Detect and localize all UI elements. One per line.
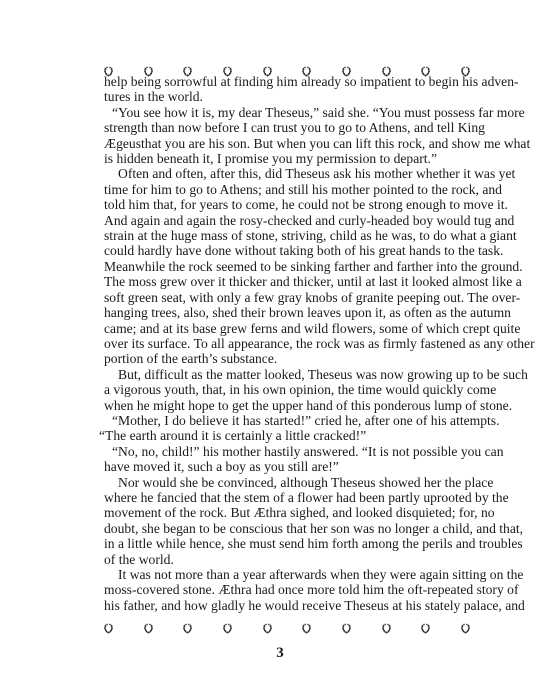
laurel-wreath-icon (222, 64, 233, 75)
text-line: in a little while hence, she must send h… (104, 536, 476, 551)
laurel-wreath-icon (341, 621, 352, 632)
laurel-wreath-icon (301, 621, 312, 632)
text-line: tures in the world. (104, 89, 476, 104)
text-line: “The earth around it is certainly a litt… (99, 428, 476, 443)
text-line: It was not more than a year afterwards w… (104, 567, 476, 582)
laurel-wreath-icon (301, 64, 312, 75)
laurel-wreath-icon (143, 621, 154, 632)
text-line: of the world. (104, 552, 476, 567)
laurel-wreath-icon (103, 64, 114, 75)
text-line: Meanwhile the rock seemed to be sinking … (104, 259, 476, 274)
laurel-wreath-icon (222, 621, 233, 632)
text-line: “You see how it is, my dear Theseus,” sa… (104, 105, 476, 120)
text-line: help being sorrowful at finding him alre… (104, 74, 476, 89)
text-line: doubt, she began to be conscious that he… (104, 521, 476, 536)
text-line: strength than now before I can trust you… (104, 120, 476, 135)
text-line: “No, no, child!” his mother hastily answ… (104, 444, 476, 459)
text-line: came; and at its base grew ferns and wil… (104, 321, 476, 336)
text-line: where he fancied that the stem of a flow… (104, 490, 476, 505)
text-line: strain at the huge mass of stone, strivi… (104, 228, 476, 243)
laurel-wreath-icon (420, 621, 431, 632)
text-line: Often and often, after this, did Theseus… (104, 166, 476, 181)
laurel-wreath-icon (381, 621, 392, 632)
text-line: movement of the rock. But Æthra sighed, … (104, 505, 476, 520)
laurel-wreath-icon (341, 64, 352, 75)
text-line: But, difficult as the matter looked, The… (104, 367, 476, 382)
body-text: help being sorrowful at finding him alre… (104, 74, 476, 613)
laurel-wreath-icon (420, 64, 431, 75)
text-line: hanging trees, also, shed their brown le… (104, 305, 476, 320)
laurel-wreath-icon (460, 621, 471, 632)
text-line: time for him to go to Athens; and still … (104, 182, 476, 197)
text-line: soft green seat, with only a few gray kn… (104, 290, 476, 305)
laurel-wreath-icon (182, 621, 193, 632)
page-number: 3 (0, 645, 560, 662)
text-line: when he might hope to get the upper hand… (104, 398, 476, 413)
laurel-wreath-icon (381, 64, 392, 75)
laurel-wreath-icon (182, 64, 193, 75)
laurel-wreath-icon (143, 64, 154, 75)
text-line: Nor would she be convinced, although The… (104, 475, 476, 490)
text-line: could hardly have done without taking bo… (104, 243, 476, 258)
text-line: have moved it, such a boy as you still a… (104, 459, 476, 474)
text-line: moss-covered stone. Æthra had once more … (104, 582, 476, 597)
text-line: told him that, for years to come, he cou… (104, 197, 476, 212)
text-line: over its surface. To all appearance, the… (104, 336, 476, 351)
text-line: his father, and how gladly he would rece… (104, 598, 476, 613)
text-line: is hidden beneath it, I promise you my p… (104, 151, 476, 166)
text-line: a vigorous youth, that, in his own opini… (104, 382, 476, 397)
laurel-wreath-icon (460, 64, 471, 75)
laurel-wreath-icon (262, 621, 273, 632)
bottom-ornament-border (103, 620, 471, 632)
laurel-wreath-icon (262, 64, 273, 75)
laurel-wreath-icon (103, 621, 114, 632)
text-line: And again and again the rosy-checked and… (104, 213, 476, 228)
text-line: “Mother, I do believe it has started!” c… (104, 413, 476, 428)
text-line: portion of the earth’s substance. (104, 351, 476, 366)
text-line: Ægeusthat you are his son. But when you … (104, 136, 476, 151)
text-line: The moss grew over it thicker and thicke… (104, 274, 476, 289)
book-page: help being sorrowful at finding him alre… (0, 0, 560, 700)
